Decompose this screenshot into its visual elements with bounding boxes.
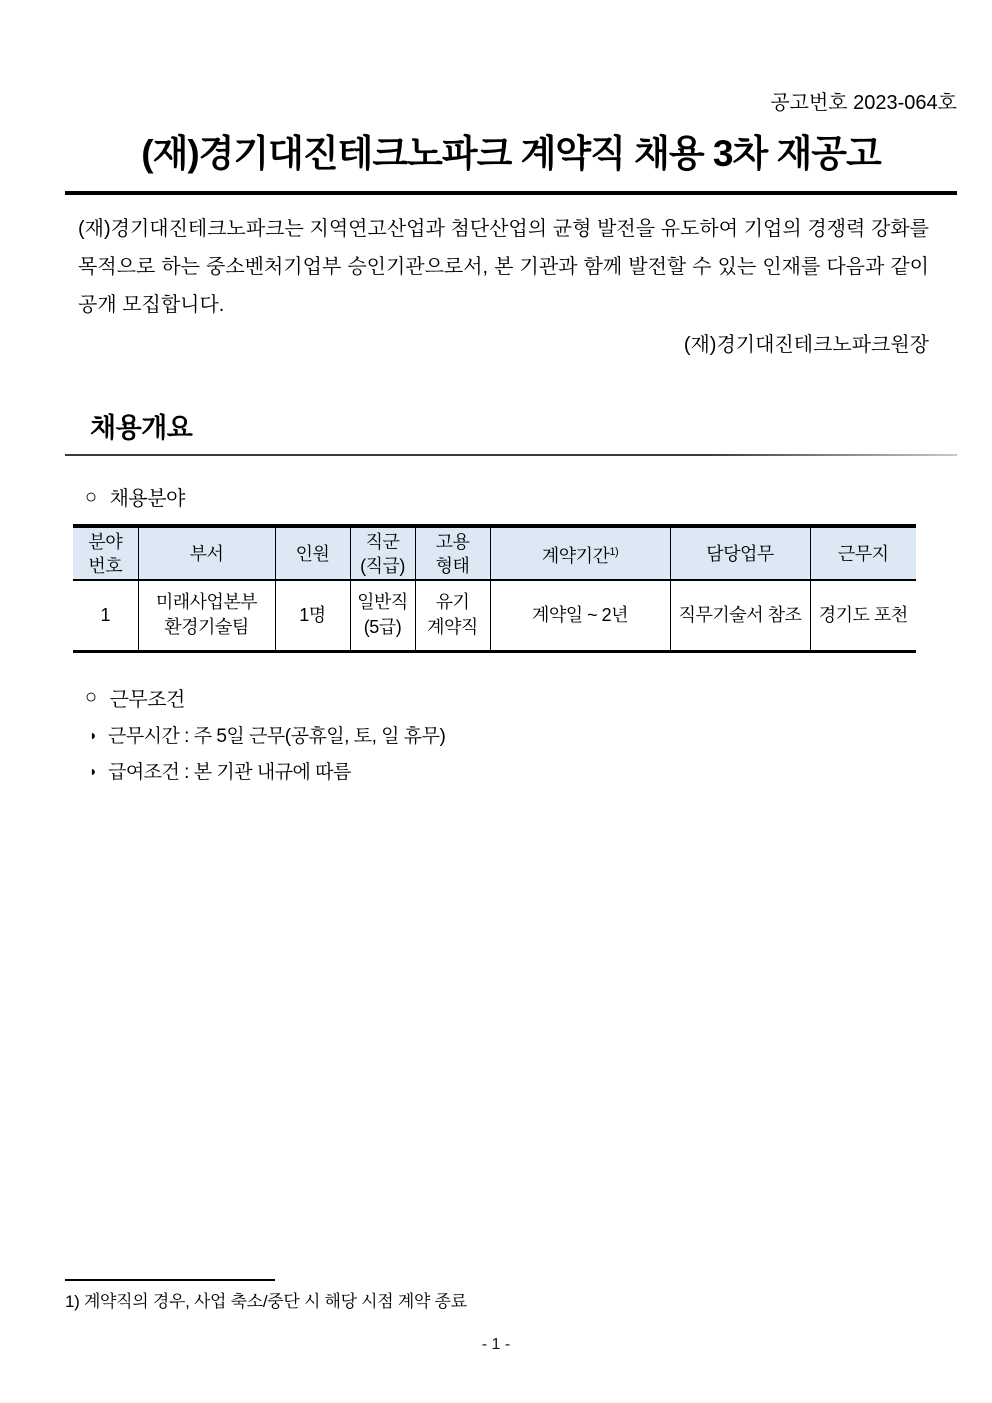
subheading-label: 근무조건 — [110, 683, 185, 712]
col-header-work-location: 근무지 — [810, 526, 916, 580]
recruit-table-header-row: 분야 번호 부서 인원 직군 (직급) 고용 형태 계약기간1) 담당업무 근무… — [73, 526, 916, 580]
col-header-contract-period: 계약기간1) — [490, 526, 670, 580]
col-header-department: 부서 — [138, 526, 275, 580]
col-header-job-group: 직군 (직급) — [350, 526, 415, 580]
col-header-employment-type: 고용 형태 — [415, 526, 490, 580]
list-item: ◗ 근무시간 : 주 5일 근무(공휴일, 토, 일 휴무) — [89, 719, 957, 755]
salary-terms-text: 급여조건 : 본 기관 내규에 따름 — [108, 755, 351, 790]
cell-contract-period: 계약일 ~ 2년 — [490, 580, 670, 651]
half-circle-bullet-icon: ◗ — [89, 718, 97, 753]
col-header-duties: 담당업무 — [670, 526, 810, 580]
subheading-label: 채용분야 — [110, 482, 185, 511]
cell-department: 미래사업본부 환경기술팀 — [138, 580, 275, 651]
footnote-divider-rule — [65, 1279, 275, 1281]
section-title-recruit-overview: 채용개요 — [65, 406, 957, 445]
footnote-block: 1) 계약직의 경우, 사업 축소/중단 시 해당 시점 계약 종료 — [65, 1279, 765, 1312]
signer-line: (재)경기대진테크노파크원장 — [65, 328, 957, 357]
cell-field-no: 1 — [73, 580, 138, 651]
cell-job-group: 일반직 (5급) — [350, 580, 415, 651]
footnote-ref-superscript: 1) — [609, 546, 618, 558]
col-header-headcount: 인원 — [275, 526, 350, 580]
subheading-work-conditions: ○ 근무조건 — [65, 683, 957, 712]
half-circle-bullet-icon: ◗ — [89, 754, 97, 789]
work-conditions-list: ◗ 근무시간 : 주 5일 근무(공휴일, 토, 일 휴무) ◗ 급여조건 : … — [65, 719, 957, 791]
intro-paragraph: (재)경기대진테크노파크는 지역연고산업과 첨단산업의 균형 발전을 유도하여 … — [65, 210, 957, 324]
footnote-text: 1) 계약직의 경우, 사업 축소/중단 시 해당 시점 계약 종료 — [65, 1287, 765, 1312]
recruit-table-row: 1 미래사업본부 환경기술팀 1명 일반직 (5급) 유기 계약직 계약일 ~ … — [73, 580, 916, 651]
cell-duties: 직무기술서 참조 — [670, 580, 810, 651]
title-divider-rule — [65, 191, 957, 195]
document-title: (재)경기대진테크노파크 계약직 채용 3차 재공고 — [65, 123, 957, 177]
cell-headcount: 1명 — [275, 580, 350, 651]
subheading-recruit-fields: ○ 채용분야 — [65, 482, 957, 511]
section-divider-rule — [65, 454, 957, 456]
cell-employment-type: 유기 계약직 — [415, 580, 490, 651]
document-page: 공고번호 2023-064호 (재)경기대진테크노파크 계약직 채용 3차 재공… — [0, 0, 992, 1403]
recruit-table: 분야 번호 부서 인원 직군 (직급) 고용 형태 계약기간1) 담당업무 근무… — [73, 524, 916, 653]
page-number: - 1 - — [0, 1336, 992, 1354]
col-header-field-no: 분야 번호 — [73, 526, 138, 580]
circle-bullet-icon: ○ — [85, 687, 97, 707]
cell-work-location: 경기도 포천 — [810, 580, 916, 651]
circle-bullet-icon: ○ — [85, 487, 97, 507]
work-hours-text: 근무시간 : 주 5일 근무(공휴일, 토, 일 휴무) — [108, 719, 445, 754]
list-item: ◗ 급여조건 : 본 기관 내규에 따름 — [89, 755, 957, 791]
notice-number: 공고번호 2023-064호 — [65, 0, 957, 115]
document-content: 공고번호 2023-064호 (재)경기대진테크노파크 계약직 채용 3차 재공… — [0, 0, 992, 791]
